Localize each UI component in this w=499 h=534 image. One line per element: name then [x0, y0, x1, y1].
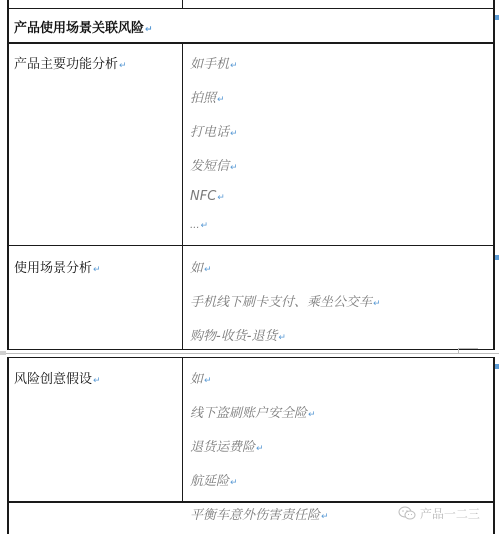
paragraph-mark-icon: [495, 15, 499, 20]
list-item: 退货运费险↵: [190, 436, 264, 455]
wechat-icon: [398, 506, 416, 520]
row-divider: [7, 8, 495, 9]
list-item: 航延险↵: [190, 470, 238, 489]
row-divider: [7, 357, 495, 358]
list-item: 线下盗刷账户安全险↵: [190, 402, 316, 421]
list-item: 发短信↵: [190, 155, 238, 174]
table-right-border: [493, 357, 495, 534]
list-item: 如↵: [190, 368, 212, 387]
table-resize-handle[interactable]: [458, 348, 478, 349]
row-divider: [7, 501, 495, 503]
list-item: 平衡车意外伤害责任险↵: [190, 504, 329, 523]
table-left-border: [7, 357, 9, 534]
watermark-text: 产品一二三: [420, 507, 480, 521]
column-divider: [182, 43, 183, 350]
column-divider: [182, 357, 183, 502]
list-item: ...↵: [190, 220, 208, 231]
table-left-border: [7, 0, 9, 350]
list-item: 手机线下刷卡支付、乘坐公交车↵: [190, 291, 381, 310]
list-item: 如手机↵: [190, 53, 238, 72]
table-move-handle[interactable]: [0, 351, 6, 355]
list-item: NFC↵: [190, 189, 225, 204]
list-item: 如↵: [190, 257, 212, 276]
list-item: 打电话↵: [190, 121, 238, 140]
row-divider: [7, 42, 495, 44]
list-item: 购物-收货-退货↵: [190, 325, 286, 344]
row-divider: [7, 349, 495, 350]
column-divider-top: [182, 0, 183, 8]
paragraph-mark-icon: [495, 364, 499, 369]
table-right-border: [493, 0, 495, 350]
section-header: 产品使用场景关联风险↵: [14, 17, 153, 36]
row-label-function-analysis: 产品主要功能分析↵: [14, 53, 127, 72]
paragraph-mark-icon: [495, 255, 499, 260]
row-divider: [7, 245, 495, 246]
row-label-risk-hypothesis: 风险创意假设↵: [14, 368, 101, 387]
list-item: 拍照↵: [190, 87, 225, 106]
row-label-scenario-analysis: 使用场景分析↵: [14, 257, 101, 276]
watermark: 产品一二三: [398, 505, 480, 522]
paragraph-mark-icon: ↵: [145, 25, 153, 35]
